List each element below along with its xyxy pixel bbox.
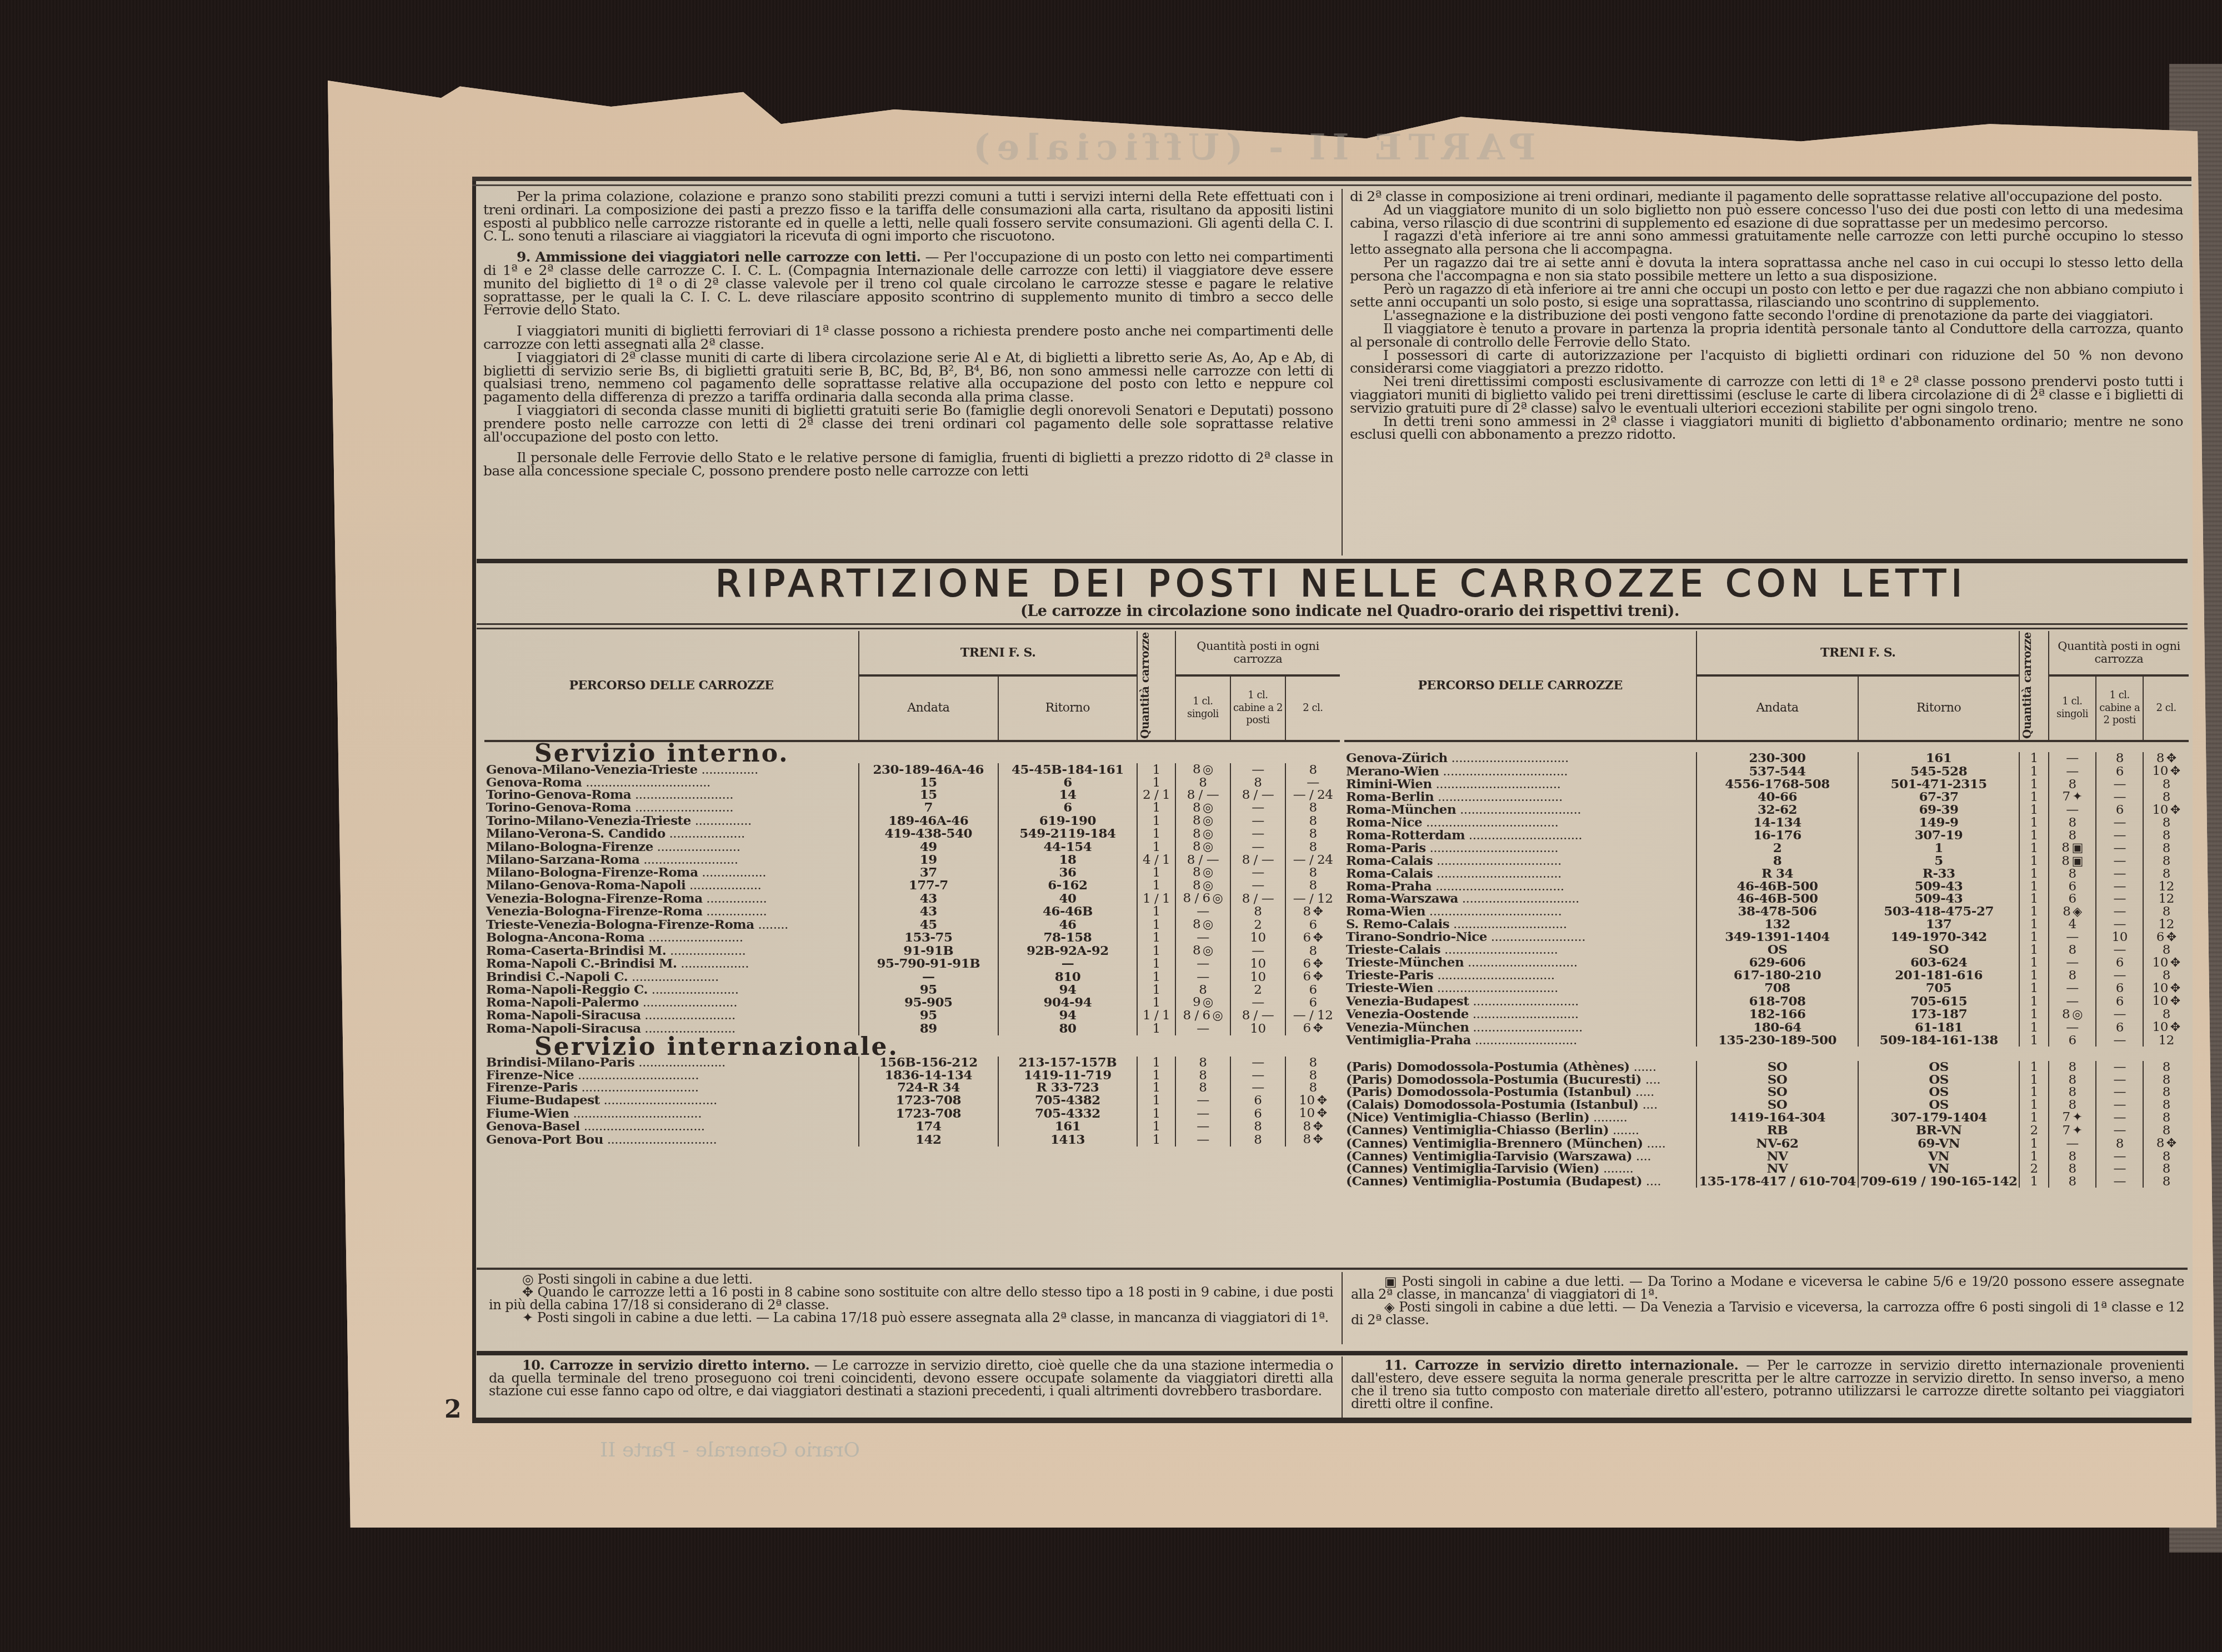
route-cell: Venezia-Bologna-Firenze-Roma ...........…: [484, 892, 859, 905]
ritorno-cell: 161: [1858, 752, 2020, 765]
second-class-cell: 8: [1285, 944, 1340, 958]
qty-cell: 1: [2019, 880, 2048, 893]
andata-cell: 142: [859, 1133, 998, 1147]
footnote-symbol-icon: ✥: [1313, 905, 1323, 919]
second-class-cell: 8: [2143, 817, 2189, 829]
route-cell: Torino-Genova-Roma .....................…: [484, 802, 859, 815]
section-heading: Servizio interno.: [484, 741, 1340, 764]
route-cell: Trieste-Venezia-Bologna-Firenze-Roma ...…: [484, 918, 859, 932]
andata-cell: 40-66: [1696, 790, 1858, 804]
first-class-single-cell: 8◎: [1175, 802, 1230, 815]
bleed-through-header: PARTE II - (Ufficiale): [967, 127, 1535, 168]
seat-value: 6: [1309, 995, 1317, 1010]
ritorno-cell: 307-179-1404: [1858, 1111, 2020, 1124]
seat-value: 8 / 6: [1183, 891, 1210, 905]
leader-dots: ....: [1639, 1098, 1658, 1112]
first-class-cabin-cell: 10: [2096, 931, 2143, 944]
first-class-single-cell: 6: [2049, 1034, 2096, 1047]
first-class-single-cell: 8: [2049, 944, 2096, 957]
route-cell: (Cannes) Ventimiglia-Chiasso (Berlin) ..…: [1344, 1124, 1696, 1138]
second-class-cell: 8: [2143, 944, 2189, 957]
footnote-symbol-icon: ◎: [1203, 944, 1213, 958]
first-class-single-cell: 8: [1175, 1069, 1230, 1082]
header-1cl-single: 1 cl. singoli: [1175, 675, 1230, 741]
first-class-cabin-cell: —: [2096, 1034, 2143, 1047]
qty-cell: 1 / 1: [1137, 1009, 1175, 1023]
left-paragraph: I viaggiatori di 2ª classe muniti di car…: [483, 351, 1333, 404]
seat-value: 10: [2153, 803, 2168, 817]
qty-cell: 1: [2019, 842, 2048, 855]
second-class-cell: 8: [2143, 1150, 2189, 1163]
second-class-cell: 8: [2143, 1099, 2189, 1112]
first-class-cabin-cell: —: [1230, 996, 1285, 1009]
qty-cell: 1: [2019, 1074, 2048, 1087]
seat-value: 8: [2156, 1136, 2164, 1150]
seat-value: 10: [2153, 994, 2168, 1008]
qty-cell: 2 / 1: [1137, 789, 1175, 802]
qty-cell: 1: [1137, 970, 1175, 984]
andata-cell: 177-7: [859, 879, 998, 893]
second-class-cell: 10✥: [2143, 982, 2189, 995]
footnote-symbol-icon: ✥: [1317, 1107, 1327, 1120]
first-class-single-cell: 8◎: [2049, 1008, 2096, 1022]
seat-value: 10: [1299, 1106, 1314, 1120]
seat-value: 8: [1309, 878, 1317, 893]
first-class-cabin-cell: —: [2096, 918, 2143, 931]
andata-cell: 174: [859, 1120, 998, 1134]
first-class-cabin-cell: —: [1230, 763, 1285, 777]
second-class-cell: 12: [2143, 1034, 2189, 1047]
ritorno-cell: 36: [998, 866, 1138, 879]
leader-dots: .............................: [603, 1133, 717, 1147]
second-class-cell: 8✥: [2143, 1137, 2189, 1150]
table-row: (Cannes) Ventimiglia-Chiasso (Berlin) ..…: [1344, 1124, 2189, 1138]
first-class-cabin-cell: 10: [1230, 958, 1285, 971]
table-row: Venezia-Bologna-Firenze-Roma ...........…: [484, 892, 1340, 905]
first-class-single-cell: 8◎: [1175, 840, 1230, 854]
first-class-single-cell: 8◎: [1175, 866, 1230, 879]
section-10: 10. Carrozze in servizio diretto interno…: [489, 1359, 1333, 1398]
first-class-cabin-cell: —: [2096, 1074, 2143, 1087]
leader-dots: ....................: [665, 827, 745, 841]
andata-cell: 43: [859, 905, 998, 919]
route-cell: (Cannes) Ventimiglia-Postumia (Budapest)…: [1344, 1175, 1696, 1188]
route-cell: (Nice) Ventimiglia-Chiasso (Berlin) ....…: [1344, 1111, 1696, 1124]
andata-cell: 182-166: [1696, 1008, 1858, 1022]
andata-cell: 95: [859, 1009, 998, 1023]
seat-value: 8: [1193, 839, 1200, 854]
right-paragraph: Nei treni direttissimi composti esclusiv…: [1350, 375, 2183, 414]
andata-cell: 91-91B: [859, 944, 998, 958]
footnote: ✥ Quando le carrozze letti a 16 posti in…: [489, 1286, 1333, 1311]
first-class-cabin-cell: —: [1230, 1057, 1285, 1069]
first-class-cabin-cell: 8: [1230, 1120, 1285, 1134]
paragraph-text: I viaggiatori muniti di biglietti ferrov…: [483, 323, 1333, 352]
route-cell: Venezia-Oostende .......................…: [1344, 1008, 1696, 1022]
first-class-cabin-cell: 6: [2096, 804, 2143, 817]
seat-value: —: [1197, 1093, 1209, 1108]
second-class-cell: 8: [1285, 1082, 1340, 1094]
first-class-single-cell: —: [2049, 765, 2096, 778]
ritorno-cell: 6: [998, 802, 1138, 815]
table-row: Venezia-Oostende .......................…: [1344, 1008, 2189, 1022]
table-row: Milano-Bologna-Firenze-Roma ............…: [484, 866, 1340, 879]
right-paragraph: Però un ragazzo di età inferiore ai tre …: [1350, 283, 2183, 309]
first-class-single-cell: —: [2049, 982, 2096, 995]
qty-cell: 1: [2019, 1099, 2048, 1112]
qty-cell: 1: [2019, 1034, 2048, 1047]
section-heading-row: Servizio internazionale.: [484, 1035, 1340, 1057]
route-cell: Roma-Napoli-Siracusa ...................…: [484, 1009, 859, 1023]
second-class-cell: 6✥: [2143, 931, 2189, 944]
first-class-cabin-cell: —: [2096, 1086, 2143, 1099]
first-class-single-cell: 8: [2049, 1074, 2096, 1087]
second-class-cell: 8: [2143, 855, 2189, 868]
intro-left-column: Per la prima colazione, colazione e pran…: [483, 190, 1333, 478]
second-class-cell: 8: [1285, 828, 1340, 841]
first-class-cabin-cell: —: [1230, 1069, 1285, 1082]
seat-value: 7: [2062, 1123, 2070, 1138]
qty-cell: 1: [1137, 958, 1175, 971]
qty-cell: 1: [1137, 828, 1175, 841]
footnote-symbol-icon: ✥: [1313, 931, 1323, 945]
notes-rule: [477, 1351, 2188, 1355]
route-cell: Roma-Paris .............................…: [1344, 842, 1696, 855]
first-class-single-cell: 8: [2049, 1061, 2096, 1074]
second-class-cell: 8✥: [1285, 905, 1340, 919]
route-cell: Fiume-Wien .............................…: [484, 1107, 859, 1120]
seat-value: 8: [2163, 1174, 2170, 1189]
route-cell: Torino-Milano-Venezia-Trieste ..........…: [484, 814, 859, 828]
paragraph-text: I viaggiatori di seconda classe muniti d…: [483, 402, 1333, 445]
ritorno-cell: 509-184-161-138: [1858, 1034, 2020, 1047]
qty-cell: 1: [2019, 829, 2048, 842]
qty-cell: 1: [1137, 1057, 1175, 1069]
footnote-symbol-icon: ◎: [1213, 892, 1223, 905]
table-row: Genova-Basel ...........................…: [484, 1120, 1340, 1134]
seat-value: 8: [1309, 814, 1317, 828]
second-class-cell: 8: [1285, 879, 1340, 893]
table-row: Roma-Napoli-Siracusa ...................…: [484, 1009, 1340, 1023]
paragraph-text: Però un ragazzo di età inferiore ai tre …: [1350, 281, 2183, 311]
first-class-single-cell: —: [1175, 1022, 1230, 1035]
footnote-symbol-icon: ✥: [1313, 970, 1323, 984]
andata-cell: 1723-708: [859, 1094, 998, 1108]
seat-value: 8: [1193, 827, 1200, 841]
table-row: Ventimiglia-Praha ......................…: [1344, 1034, 2189, 1047]
footnote-symbol-icon: ◎: [1203, 801, 1213, 815]
leader-dots: ...............................: [1448, 751, 1569, 765]
second-class-cell: 8: [2143, 829, 2189, 842]
leader-dots: ....: [1642, 1174, 1661, 1189]
ritorno-cell: 80: [998, 1022, 1138, 1035]
section-11: 11. Carrozze in servizio diretto interna…: [1351, 1359, 2184, 1410]
table-row: Roma-Napoli-Palermo ....................…: [484, 996, 1340, 1009]
footnote-symbol-icon: ▣: [2071, 854, 2083, 868]
first-class-single-cell: —: [1175, 1107, 1230, 1120]
table-row: Torino-Milano-Venezia-Trieste ..........…: [484, 814, 1340, 828]
second-class-cell: 8✥: [2143, 752, 2189, 765]
top-rule-thin: [472, 184, 2191, 186]
top-rule: [472, 177, 2191, 181]
first-class-cabin-cell: —: [2096, 817, 2143, 829]
qty-cell: 1: [2019, 752, 2048, 765]
qty-cell: 1: [1137, 932, 1175, 945]
qty-cell: 1: [2019, 804, 2048, 817]
first-class-single-cell: —: [1175, 970, 1230, 984]
qty-cell: 2: [2019, 1124, 2048, 1138]
ritorno-cell: 549-2119-184: [998, 828, 1138, 841]
first-class-single-cell: 8◎: [1175, 828, 1230, 841]
route-cell: Milano-Verona-S. Candido ...............…: [484, 828, 859, 841]
andata-cell: 7: [859, 802, 998, 815]
seat-value: —: [2066, 751, 2079, 765]
seat-value: 8 / —: [1187, 788, 1219, 802]
first-class-cabin-cell: —: [2096, 969, 2143, 982]
second-class-cell: 8✥: [1285, 1120, 1340, 1134]
seat-value: 8: [1303, 1132, 1310, 1147]
paragraph-text: I possessori di carte di autorizzazione …: [1350, 347, 2183, 377]
seat-value: — / 12: [1293, 1008, 1333, 1023]
qty-cell: 1: [1137, 763, 1175, 777]
route-cell: Venezia-Budapest .......................…: [1344, 995, 1696, 1008]
second-class-cell: 8: [2143, 790, 2189, 804]
second-class-cell: 6✥: [1285, 970, 1340, 984]
andata-cell: 135-230-189-500: [1696, 1034, 1858, 1047]
route-cell: Venezia-Bologna-Firenze-Roma ...........…: [484, 905, 859, 919]
seat-value: 6: [2156, 930, 2164, 944]
first-class-cabin-cell: —: [1230, 944, 1285, 958]
header-ritorno-right: Ritorno: [1858, 675, 2020, 741]
first-class-single-cell: —: [2049, 1021, 2096, 1034]
table-row: Fiume-Budapest .........................…: [484, 1094, 1340, 1108]
qty-cell: 1: [2019, 1175, 2048, 1188]
second-class-cell: 6: [1285, 984, 1340, 997]
footnote-symbol-icon: ◎: [1203, 827, 1213, 841]
ritorno-cell: 705: [1858, 982, 2020, 995]
footnote-symbol-icon: ▣: [2071, 841, 2083, 855]
first-class-single-cell: 8: [2049, 969, 2096, 982]
table-row: Roma-Napoli C.-Brindisi M. .............…: [484, 958, 1340, 971]
route-cell: Fiume-Budapest .........................…: [484, 1094, 859, 1108]
table-row: Genova-Milano-Venezia-Trieste ..........…: [484, 763, 1340, 777]
first-class-cabin-cell: —: [2096, 1111, 2143, 1124]
second-class-cell: 10✥: [2143, 957, 2189, 970]
paragraph-text: Il personale delle Ferrovie dello Stato …: [483, 449, 1333, 479]
qty-cell: 1: [1137, 866, 1175, 879]
first-class-cabin-cell: 8: [1230, 777, 1285, 789]
second-class-cell: 8✥: [1285, 1133, 1340, 1147]
qty-cell: 1: [2019, 944, 2048, 957]
title-rule-1: [477, 623, 2188, 625]
left-paragraph: 9. Ammissione dei viaggiatori nelle carr…: [483, 251, 1333, 317]
table-row: Genova-Zürich ..........................…: [1344, 752, 2189, 765]
footnote-symbol-icon: ✥: [2170, 956, 2180, 970]
second-class-cell: 8: [1285, 814, 1340, 828]
first-class-cabin-cell: 8 / —: [1230, 854, 1285, 867]
qty-cell: 1: [1137, 1094, 1175, 1108]
second-class-cell: 12: [2143, 893, 2189, 905]
footnote-symbol-icon: ◈: [2073, 905, 2081, 919]
qty-cell: 1: [2019, 893, 2048, 905]
second-class-cell: 10✥: [1285, 1107, 1340, 1120]
qty-cell: 1: [2019, 905, 2048, 919]
second-class-cell: 10✥: [2143, 1021, 2189, 1034]
second-class-cell: 8: [1285, 840, 1340, 854]
seat-value: 8: [1193, 800, 1200, 815]
qty-cell: 1: [2019, 957, 2048, 970]
qty-cell: 1: [1137, 918, 1175, 932]
paragraph-text: Nei treni direttissimi composti esclusiv…: [1350, 373, 2183, 416]
seat-value: —: [1197, 957, 1209, 971]
seat-value: 10: [1299, 1093, 1314, 1108]
qty-cell: 1: [1137, 1107, 1175, 1120]
footnote-divider: [1342, 1272, 1343, 1344]
second-class-cell: 10✥: [2143, 995, 2189, 1008]
table-row: Milano-Genova-Roma-Napoli ..............…: [484, 879, 1340, 893]
first-class-single-cell: 8: [2049, 778, 2096, 791]
table-bottom-rule: [477, 1268, 2188, 1270]
first-class-single-cell: 4: [2049, 918, 2096, 931]
qty-cell: 1: [2019, 1061, 2048, 1074]
first-class-single-cell: 8▣: [2049, 842, 2096, 855]
andata-cell: 135-178-417 / 610-704: [1696, 1175, 1858, 1188]
seat-value: 10: [2153, 955, 2168, 970]
table-row: Roma-Caserta-Brindisi M. ...............…: [484, 944, 1340, 958]
footnote-symbol-icon: ✥: [1317, 1094, 1327, 1108]
first-class-cabin-cell: 6: [2096, 995, 2143, 1008]
seat-value: 7: [2062, 1110, 2070, 1124]
footnote-symbol-icon: ✥: [1313, 1022, 1323, 1035]
footnote-symbol-icon: ◎: [1203, 814, 1213, 828]
qty-cell: 1: [2019, 918, 2048, 931]
first-class-cabin-cell: —: [2096, 893, 2143, 905]
second-class-cell: — / 12: [1285, 892, 1340, 905]
first-class-cabin-cell: 10: [1230, 970, 1285, 984]
qty-cell: 1: [1137, 905, 1175, 919]
footnote-symbol-icon: ✦: [2073, 1124, 2083, 1138]
table-row: (Nice) Ventimiglia-Chiasso (Berlin) ....…: [1344, 1111, 2189, 1124]
qty-cell: 1: [1137, 879, 1175, 893]
header-1cl-cabin: 1 cl. cabine a 2 posti: [1230, 675, 1285, 741]
first-class-cabin-cell: 10: [1230, 1022, 1285, 1035]
route-cell: Roma-Napoli C.-Brindisi M. .............…: [484, 958, 859, 971]
second-class-cell: — / 12: [1285, 1009, 1340, 1023]
seat-value: 10: [2153, 1020, 2168, 1034]
qty-cell: 1: [2019, 868, 2048, 880]
footnote-symbol-icon: ◎: [1203, 879, 1213, 893]
first-class-single-cell: —: [2049, 931, 2096, 944]
qty-cell: 1: [1137, 1082, 1175, 1094]
first-class-cabin-cell: —: [2096, 1099, 2143, 1112]
second-class-cell: —: [1285, 777, 1340, 789]
seat-value: 8: [1193, 917, 1200, 932]
qty-cell: 1: [2019, 969, 2048, 982]
footnote: ✦ Posti singoli in cabine a due letti. —…: [489, 1311, 1333, 1324]
seat-value: 8: [1309, 800, 1317, 815]
qty-cell: 1: [2019, 1008, 2048, 1022]
seat-value: 8: [2061, 854, 2069, 868]
header-trains-right: TRENI F. S.: [1696, 631, 2019, 675]
seat-value: 6: [1303, 969, 1310, 984]
ritorno-cell: 94: [998, 1009, 1138, 1023]
qty-cell: 1: [2019, 790, 2048, 804]
bottom-divider: [1342, 1356, 1343, 1418]
qty-cell: 1: [1137, 1069, 1175, 1082]
ritorno-cell: 1: [1858, 842, 2020, 855]
leader-dots: ..............................: [600, 1093, 717, 1108]
route-name: (Cannes) Ventimiglia-Postumia (Budapest): [1346, 1174, 1642, 1189]
seat-value: 7: [2062, 789, 2070, 804]
second-class-cell: 10✥: [2143, 804, 2189, 817]
qty-cell: 1: [2019, 765, 2048, 778]
seat-value: 8: [2068, 1174, 2076, 1189]
first-class-single-cell: 8◎: [1175, 763, 1230, 777]
seat-value: 6: [1303, 1021, 1310, 1035]
footnote-symbol-icon: ✥: [1313, 957, 1323, 971]
first-class-single-cell: —: [1175, 958, 1230, 971]
first-class-single-cell: —: [1175, 1133, 1230, 1147]
seat-value: 8: [1309, 865, 1317, 880]
first-class-single-cell: 8 / 6◎: [1175, 892, 1230, 905]
right-paragraph: Il viaggiatore è tenuto a provare in par…: [1350, 322, 2183, 349]
bottom-rule: [472, 1418, 2191, 1423]
first-class-single-cell: 8◈: [2049, 905, 2096, 919]
header-1cl-cabin-right: 1 cl. cabine a 2 posti: [2096, 675, 2143, 741]
footnote-symbol-icon: ◎: [1203, 995, 1213, 1009]
footnote-symbol-icon: ✥: [2166, 1137, 2176, 1150]
first-class-single-cell: 8 / 6◎: [1175, 1009, 1230, 1023]
first-class-single-cell: 7✦: [2049, 790, 2096, 804]
seat-value: 8: [1193, 762, 1200, 777]
ritorno-cell: 78-158: [998, 932, 1138, 945]
second-class-cell: 8: [2143, 1124, 2189, 1138]
first-class-cabin-cell: —: [1230, 866, 1285, 879]
second-class-cell: 8: [1285, 866, 1340, 879]
route-cell: Genova-Basel ...........................…: [484, 1120, 859, 1134]
sleeping-car-table-right: PERCORSO DELLE CARROZZE TRENI F. S. Quan…: [1344, 631, 2189, 1188]
leader-dots: ..................: [677, 957, 749, 971]
right-paragraph: Per un ragazzo dai tre ai sette anni è d…: [1350, 256, 2183, 283]
second-class-cell: 8: [2143, 905, 2189, 919]
qty-cell: 1: [1137, 1120, 1175, 1134]
first-class-cabin-cell: 8 / —: [1230, 789, 1285, 802]
paragraph-text: Il viaggiatore è tenuto a provare in par…: [1350, 321, 2183, 350]
first-class-single-cell: 8 / —: [1175, 854, 1230, 867]
second-class-cell: 10✥: [1285, 1094, 1340, 1108]
ritorno-cell: 709-619 / 190-165-142: [1858, 1175, 2020, 1188]
seat-value: 6: [1303, 957, 1310, 971]
leader-dots: ........................: [641, 1008, 735, 1023]
second-class-cell: 8: [2143, 1175, 2189, 1188]
qty-cell: 1: [2019, 982, 2048, 995]
first-class-cabin-cell: 10: [1230, 932, 1285, 945]
footnote-symbol-icon: ◎: [2072, 1008, 2083, 1022]
seat-value: 8: [1193, 813, 1200, 828]
qty-cell: 1: [2019, 1111, 2048, 1124]
paragraph-text: Ad un viaggiatore munito di un solo bigl…: [1350, 202, 2183, 231]
table-subtitle: (Le carrozze in circolazione sono indica…: [933, 603, 1766, 620]
ritorno-cell: 1413: [998, 1133, 1138, 1147]
first-class-single-cell: 8: [2049, 1099, 2096, 1112]
second-class-cell: 8: [2143, 778, 2189, 791]
andata-cell: 1419-164-304: [1696, 1111, 1858, 1124]
table-row: Genova-Port Bou ........................…: [484, 1133, 1340, 1147]
second-class-cell: 8: [2143, 1086, 2189, 1099]
ritorno-cell: 40: [998, 892, 1138, 905]
qty-cell: 1: [1137, 802, 1175, 815]
table-row: Roma-Rotterdam .........................…: [1344, 829, 2189, 842]
